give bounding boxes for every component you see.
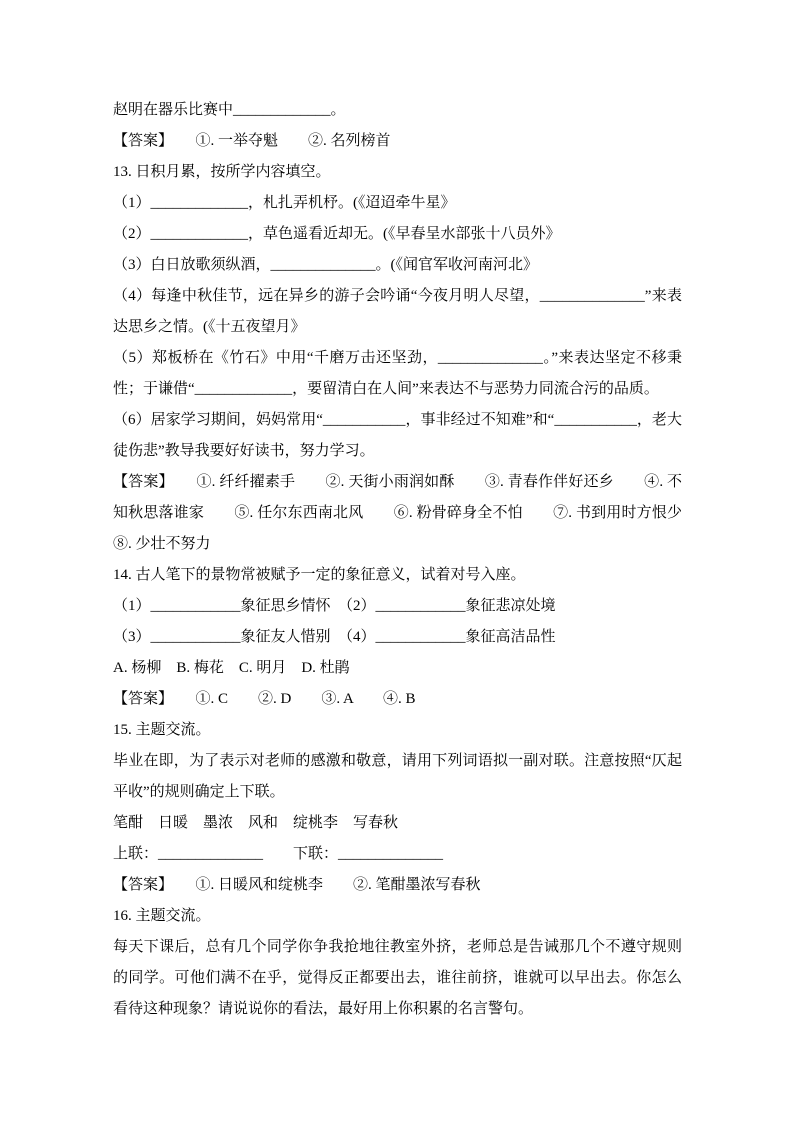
q13-item-3: （3）白日放歌须纵酒，______________。(《闻官军收河南河北》 bbox=[113, 250, 682, 281]
document-page: 赵明在器乐比赛中_____________。 【答案】 ①. 一举夺魁 ②. 名… bbox=[0, 0, 794, 1123]
q14-items-1-2: （1）____________象征思乡情怀 （2）____________象征悲… bbox=[113, 591, 682, 622]
q14-items-3-4: （3）____________象征友人惜别 （4）____________象征高… bbox=[113, 622, 682, 653]
q12-answer-line: 【答案】 ①. 一举夺魁 ②. 名列榜首 bbox=[113, 126, 682, 157]
q13-item-2: （2）_____________，草色遥看近却无。(《早春呈水部张十八员外》 bbox=[113, 219, 682, 250]
q15-word-bank: 笔酣 日暖 墨浓 风和 绽桃李 写春秋 bbox=[113, 808, 682, 839]
q13-item-4: （4）每逢中秋佳节，远在异乡的游子会吟诵“今夜月明人尽望，___________… bbox=[113, 281, 682, 343]
q16-header: 16. 主题交流。 bbox=[113, 901, 682, 932]
q12-fill-blank-stem: 赵明在器乐比赛中_____________。 bbox=[113, 95, 682, 126]
q13-header: 13. 日积月累，按所学内容填空。 bbox=[113, 157, 682, 188]
q16-prompt: 每天下课后，总有几个同学你争我抢地往教室外挤，老师总是告诫那几个不遵守规则的同学… bbox=[113, 932, 682, 1025]
q13-item-1: （1）_____________，札扎弄机杼。(《迢迢牵牛星》 bbox=[113, 188, 682, 219]
q13-answer-line: 【答案】 ①. 纤纤擢素手 ②. 天街小雨润如酥 ③. 青春作伴好还乡 ④. 不… bbox=[113, 467, 682, 560]
q13-item-6: （6）居家学习期间，妈妈常用“___________，事非经过不知难”和“___… bbox=[113, 405, 682, 467]
q13-item-5: （5）郑板桥在《竹石》中用“千磨万击还坚劲，______________。”来表… bbox=[113, 343, 682, 405]
q15-header: 15. 主题交流。 bbox=[113, 715, 682, 746]
q15-couplet-blanks: 上联：______________ 下联：______________ bbox=[113, 839, 682, 870]
q14-options: A. 杨柳 B. 梅花 C. 明月 D. 杜鹃 bbox=[113, 653, 682, 684]
q15-answer-line: 【答案】 ①. 日暖风和绽桃李 ②. 笔酣墨浓写春秋 bbox=[113, 870, 682, 901]
q15-prompt: 毕业在即，为了表示对老师的感激和敬意，请用下列词语拟一副对联。注意按照“仄起平收… bbox=[113, 746, 682, 808]
q14-answer-line: 【答案】 ①. C ②. D ③. A ④. B bbox=[113, 684, 682, 715]
q14-header: 14. 古人笔下的景物常被赋予一定的象征意义，试着对号入座。 bbox=[113, 560, 682, 591]
